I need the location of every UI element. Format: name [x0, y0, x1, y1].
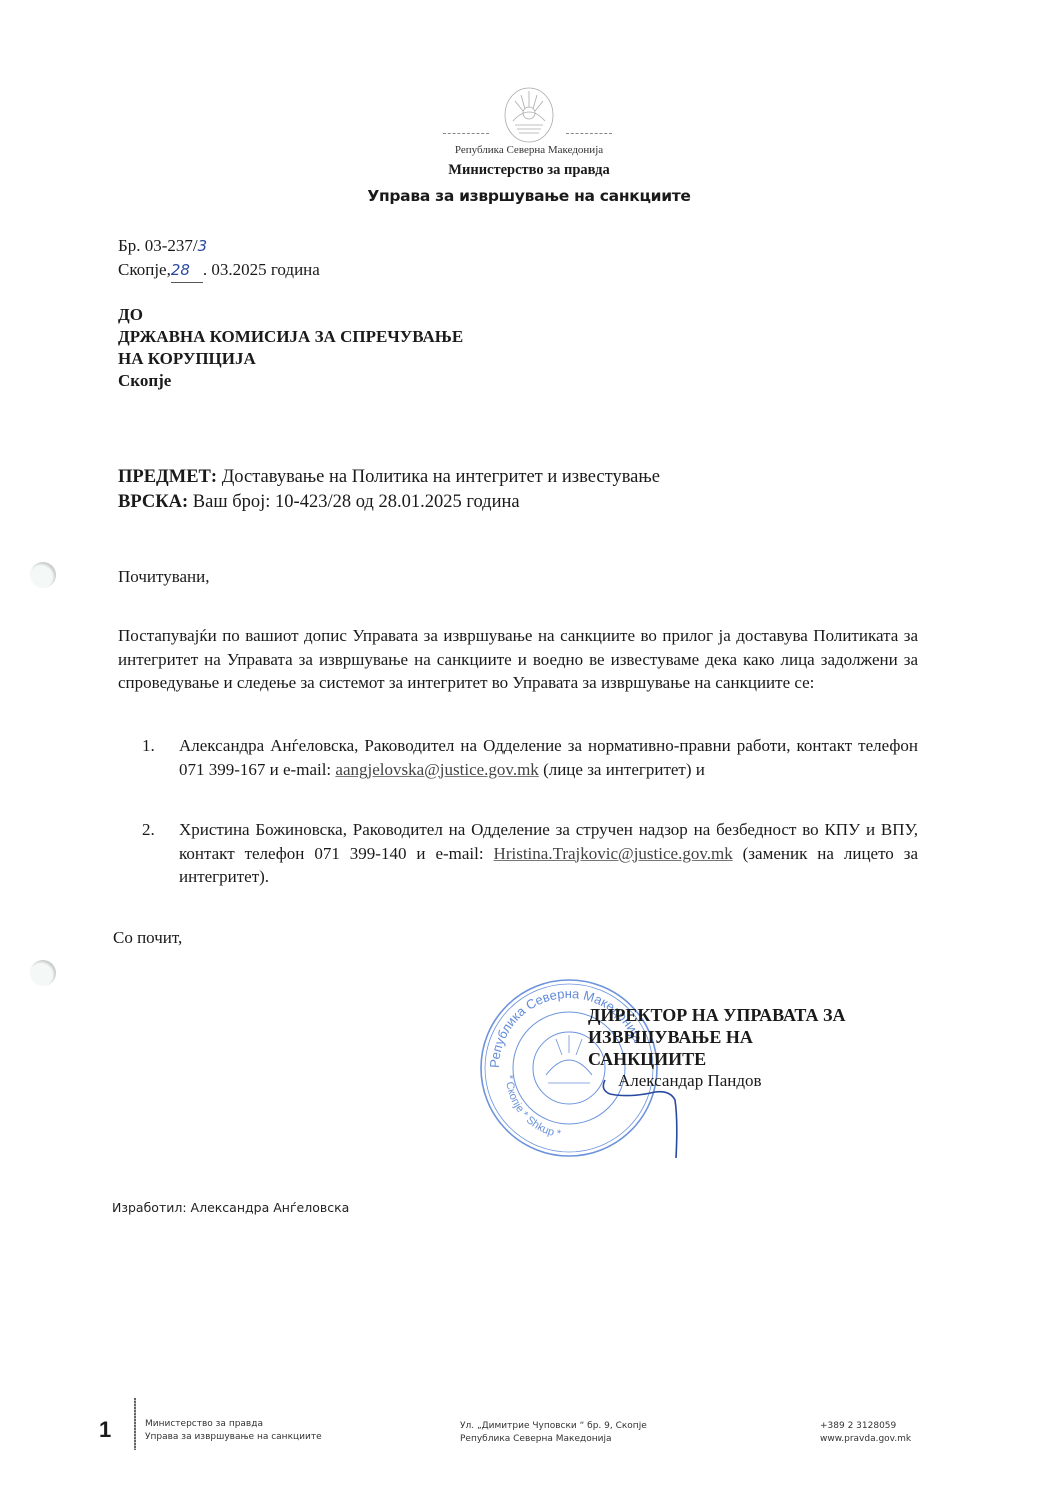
reference-number: Бр. 03-237/3: [118, 234, 320, 258]
subject-line: ПРЕДМЕТ: Доставување на Политика на инте…: [118, 465, 660, 490]
reference-label: ВРСКА:: [118, 492, 188, 512]
recipient-line1: ДРЖАВНА КОМИСИЈА ЗА СПРЕЧУВАЊЕ: [118, 326, 463, 348]
header-divider-left: [443, 133, 489, 135]
recipient-block: ДО ДРЖАВНА КОМИСИЈА ЗА СПРЕЧУВАЊЕ НА КОР…: [118, 304, 463, 392]
reference-line: ВРСКА: Ваш број: 10-423/28 од 28.01.2025…: [118, 490, 660, 515]
subject-label: ПРЕДМЕТ:: [118, 467, 217, 487]
list-number: 1.: [142, 734, 155, 758]
greeting: Почитувани,: [118, 567, 209, 587]
prepared-by: Изработил: Александра Анѓеловска: [112, 1200, 349, 1215]
subject-text: Доставување на Политика на интегритет и …: [217, 467, 660, 487]
list-text-after: (лице за интегритет) и: [539, 760, 705, 779]
header-country: Република Северна Македонија: [0, 144, 1058, 156]
svg-text:* Скопје * Shkup *: * Скопје * Shkup *: [503, 1075, 562, 1141]
header-ministry: Министерство за правда: [0, 162, 1058, 179]
handwritten-day: 28: [171, 261, 190, 279]
footer-administration: Управа за извршување на санкциите: [145, 1431, 322, 1444]
reference-number-text: Бр. 03-237/: [118, 236, 198, 255]
punch-hole: [30, 960, 56, 986]
recipient-to: ДО: [118, 304, 463, 326]
list-item: 2. Христина Божиновска, Раководител на О…: [142, 818, 918, 889]
footer-street: Ул. „Димитрие Чуповски “ бр. 9, Скопје: [460, 1420, 647, 1433]
header-divider-right: [566, 133, 612, 135]
footer-left: Министерство за правда Управа за извршув…: [145, 1418, 322, 1444]
footer-ministry: Министерство за правда: [145, 1418, 322, 1431]
reference-text: Ваш број: 10-423/28 од 28.01.2025 година: [188, 492, 519, 512]
date-suffix: . 03.2025 година: [203, 260, 320, 279]
body-paragraph: Постапувајќи по вашиот допис Управата за…: [118, 624, 918, 695]
footer-address: Ул. „Димитрие Чуповски “ бр. 9, Скопје Р…: [460, 1420, 647, 1446]
punch-hole: [30, 562, 56, 588]
recipient-line2: НА КОРУПЦИЈА: [118, 348, 463, 370]
closing: Со почит,: [113, 928, 182, 948]
page-number: 1: [99, 1417, 111, 1443]
email-link[interactable]: aangjelovska@justice.gov.mk: [335, 760, 538, 779]
list-item: 1. Александра Анѓеловска, Раководител на…: [142, 734, 918, 781]
reference-date: Скопје,28. 03.2025 година: [118, 258, 320, 283]
handwritten-signature-icon: [560, 1060, 730, 1160]
coat-of-arms-icon: [497, 85, 561, 145]
recipient-city: Скопје: [118, 370, 463, 392]
footer-contact: +389 2 3128059 www.pravda.gov.mk: [820, 1420, 911, 1446]
header-administration: Управа за извршување на санкциите: [0, 187, 1058, 205]
signatory-title-line1: ДИРЕКТОР НА УПРАВАТА ЗА: [588, 1004, 858, 1026]
reference-block: Бр. 03-237/3 Скопје,28. 03.2025 година: [118, 234, 320, 283]
date-city: Скопје,: [118, 260, 171, 279]
footer-website[interactable]: www.pravda.gov.mk: [820, 1433, 911, 1446]
footer-phone: +389 2 3128059: [820, 1420, 911, 1433]
footer-country: Република Северна Македонија: [460, 1433, 647, 1446]
footer-divider: [134, 1398, 136, 1450]
subject-block: ПРЕДМЕТ: Доставување на Политика на инте…: [118, 465, 660, 515]
list-number: 2.: [142, 818, 155, 842]
handwritten-number: 3: [198, 237, 208, 255]
email-link[interactable]: Hristina.Trajkovic@justice.gov.mk: [494, 844, 733, 863]
